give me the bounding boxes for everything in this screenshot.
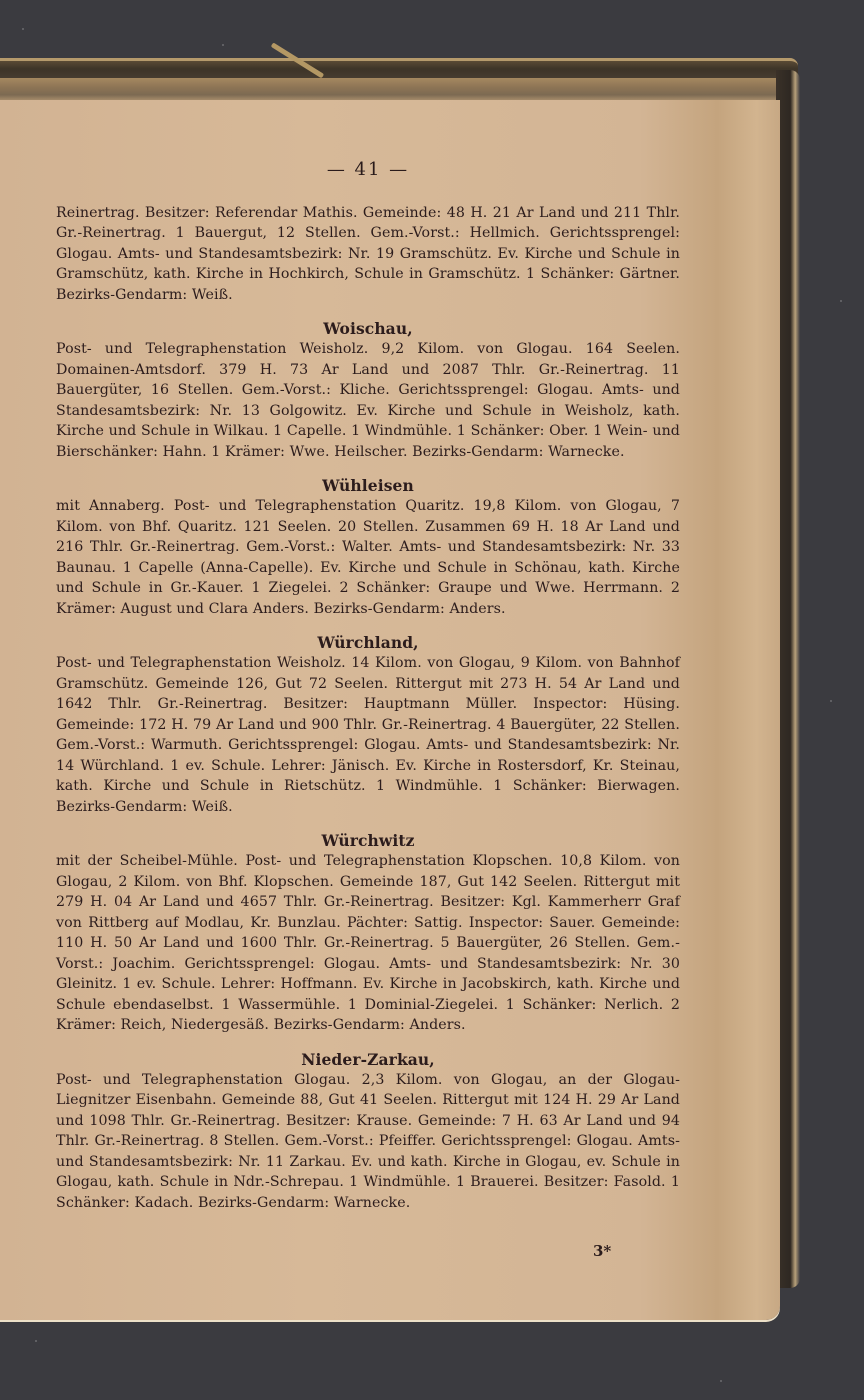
entry-body: mit der Scheibel-Mühle. Post- und Telegr… xyxy=(56,851,680,1036)
backdrop-speck xyxy=(830,700,832,702)
entry-title: Nieder-Zarkau, xyxy=(56,1050,680,1070)
entry-title: Würchland, xyxy=(56,633,680,653)
entry-title: Wühleisen xyxy=(56,476,680,496)
page-text-block: — 41 — Reinertrag. Besitzer: Referendar … xyxy=(56,160,680,1227)
book-page: — 41 — Reinertrag. Besitzer: Referendar … xyxy=(0,100,780,1320)
entry-title: Würchwitz xyxy=(56,831,680,851)
entry-title: Woischau, xyxy=(56,319,680,339)
entry-wuehleisen: Wühleisen mit Annaberg. Post- und Telegr… xyxy=(56,476,680,619)
entry-woischau: Woischau, Post- und Telegraphenstation W… xyxy=(56,319,680,462)
entry-body: Post- und Telegraphenstation Weisholz. 1… xyxy=(56,653,680,817)
entry-body: Reinertrag. Besitzer: Referendar Mathis.… xyxy=(56,203,680,306)
page-number: — 41 — xyxy=(56,160,680,181)
backdrop-speck xyxy=(22,28,24,30)
entry-body: Post- und Telegraphenstation Weisholz. 9… xyxy=(56,339,680,462)
backdrop-speck xyxy=(222,44,224,46)
entry-wuerchwitz: Würchwitz mit der Scheibel-Mühle. Post- … xyxy=(56,831,680,1036)
backdrop-speck xyxy=(35,1340,37,1342)
signature-mark: 3* xyxy=(593,1242,611,1260)
entry-continued: Reinertrag. Besitzer: Referendar Mathis.… xyxy=(56,203,680,306)
backdrop-speck xyxy=(720,1380,722,1382)
entry-nieder-zarkau: Nieder-Zarkau, Post- und Telegraphenstat… xyxy=(56,1050,680,1214)
entry-wuerchland: Würchland, Post- und Telegraphenstation … xyxy=(56,633,680,817)
page-stack-edge xyxy=(0,78,780,102)
backdrop-speck xyxy=(840,300,842,302)
entry-body: mit Annaberg. Post- und Telegraphenstati… xyxy=(56,496,680,619)
entry-body: Post- und Telegraphenstation Glogau. 2,3… xyxy=(56,1070,680,1214)
